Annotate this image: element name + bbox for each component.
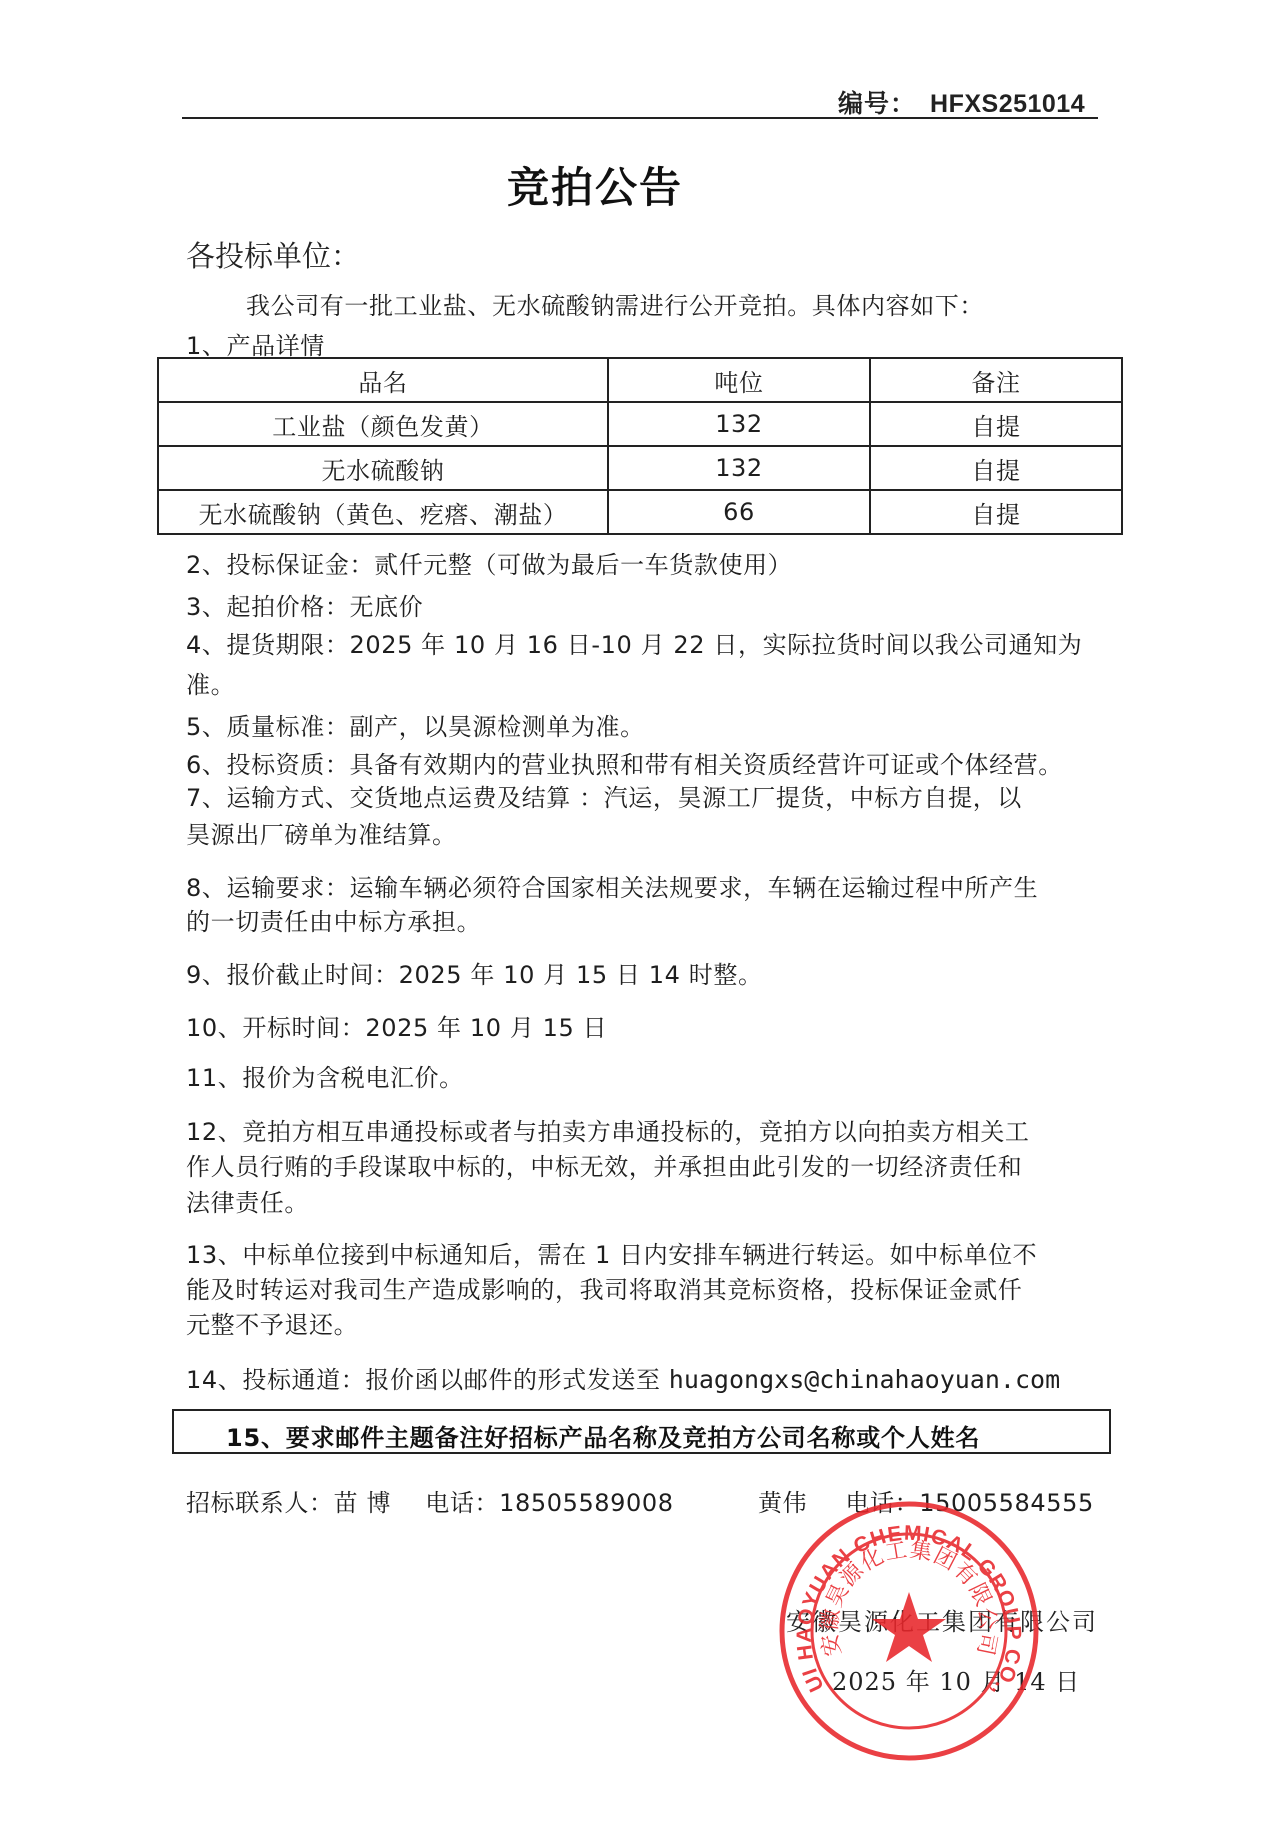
- email-subject-requirement-box: 15、要求邮件主题备注好招标产品名称及竞拍方公司名称或个人姓名: [172, 1409, 1111, 1454]
- document-number-value: HFXS251014: [930, 90, 1085, 118]
- contact-person-1: 招标联系人：苗 博 电话：18505589008: [186, 1483, 674, 1518]
- table-row: 无水硫酸钠（黄色、疙瘩、潮盐） 66 自提: [158, 490, 1122, 534]
- cell-tonnage: 132: [608, 402, 870, 446]
- section-product-details-title: 1、产品详情: [186, 326, 325, 361]
- cell-tonnage: 66: [608, 490, 870, 534]
- document-number-label: 编号：: [838, 89, 916, 118]
- cell-remark: 自提: [870, 446, 1122, 490]
- cell-product-name: 工业盐（颜色发黄）: [158, 402, 608, 446]
- contact-label: 招标联系人：: [186, 1489, 334, 1517]
- item-transfer-deadline-cont-2: 元整不予退还。: [186, 1305, 358, 1340]
- item-bidder-qualification: 6、投标资质：具备有效期内的营业执照和带有相关资质经营许可证或个体经营。: [186, 745, 1063, 780]
- item-pickup-period-cont: 准。: [186, 665, 235, 700]
- item-collusion-clause-cont-2: 法律责任。: [186, 1183, 309, 1218]
- page-title: 竞拍公告: [0, 155, 1190, 215]
- product-table: 品名 吨位 备注 工业盐（颜色发黄） 132 自提 无水硫酸钠 132 自提 无…: [157, 357, 1123, 535]
- item-transport-settlement-cont: 昊源出厂磅单为准结算。: [186, 815, 457, 850]
- email-subject-requirement: 15、要求邮件主题备注好招标产品名称及竞拍方公司名称或个人姓名: [226, 1418, 980, 1453]
- item-bid-opening-time: 10、开标时间：2025 年 10 月 15 日: [186, 1008, 607, 1043]
- column-header-remark: 备注: [870, 358, 1122, 402]
- table-row: 工业盐（颜色发黄） 132 自提: [158, 402, 1122, 446]
- column-header-name: 品名: [158, 358, 608, 402]
- item-transport-requirements-cont: 的一切责任由中标方承担。: [186, 902, 481, 937]
- item-price-terms: 11、报价为含税电汇价。: [186, 1058, 464, 1093]
- salutation: 各投标单位：: [186, 234, 360, 275]
- bid-channel-text: 14、投标通道：报价函以邮件的形式发送至: [186, 1366, 669, 1394]
- item-pickup-period: 4、提货期限：2025 年 10 月 16 日-10 月 22 日，实际拉货时间…: [186, 625, 1082, 660]
- bid-email-link[interactable]: huagongxs@chinahaoyuan.com: [669, 1365, 1060, 1394]
- column-header-tonnage: 吨位: [608, 358, 870, 402]
- item-collusion-clause-cont-1: 作人员行贿的手段谋取中标的，中标无效，并承担由此引发的一切经济责任和: [186, 1147, 1022, 1182]
- item-starting-price: 3、起拍价格：无底价: [186, 587, 423, 622]
- contact-name: 苗 博: [334, 1489, 391, 1517]
- item-transfer-deadline-cont-1: 能及时转运对我司生产造成影响的，我司将取消其竞标资格，投标保证金贰仟: [186, 1270, 1022, 1305]
- item-transport-requirements: 8、运输要求：运输车辆必须符合国家相关法规要求，车辆在运输过程中所产生: [186, 868, 1038, 903]
- cell-product-name: 无水硫酸钠: [158, 446, 608, 490]
- company-seal-icon: ANHUI HAOYUAN CHEMICAL GROUP CO.,LTD 安徽昊…: [778, 1500, 1040, 1762]
- cell-tonnage: 132: [608, 446, 870, 490]
- table-header-row: 品名 吨位 备注: [158, 358, 1122, 402]
- table-row: 无水硫酸钠 132 自提: [158, 446, 1122, 490]
- item-bid-channel: 14、投标通道：报价函以邮件的形式发送至 huagongxs@chinahaoy…: [186, 1360, 1060, 1395]
- item-transfer-deadline: 13、中标单位接到中标通知后，需在 1 日内安排车辆进行转运。如中标单位不: [186, 1235, 1037, 1270]
- item-quote-deadline: 9、报价截止时间：2025 年 10 月 15 日 14 时整。: [186, 955, 763, 990]
- cell-remark: 自提: [870, 402, 1122, 446]
- header-rule: [182, 117, 1098, 119]
- document-number: 编号：HFXS251014: [838, 84, 1085, 120]
- item-bid-deposit: 2、投标保证金：贰仟元整（可做为最后一车货款使用）: [186, 545, 792, 580]
- cell-product-name: 无水硫酸钠（黄色、疙瘩、潮盐）: [158, 490, 608, 534]
- cell-remark: 自提: [870, 490, 1122, 534]
- contact-phone: 18505589008: [499, 1489, 674, 1517]
- item-quality-standard: 5、质量标准：副产，以昊源检测单为准。: [186, 707, 645, 742]
- phone-label: 电话：: [425, 1489, 499, 1517]
- item-collusion-clause: 12、竞拍方相互串通投标或者与拍卖方串通投标的，竞拍方以向拍卖方相关工: [186, 1112, 1030, 1147]
- intro-paragraph: 我公司有一批工业盐、无水硫酸钠需进行公开竞拍。具体内容如下：: [246, 286, 984, 321]
- item-transport-settlement: 7、运输方式、交货地点运费及结算 ：汽运，昊源工厂提货，中标方自提，以: [186, 778, 1022, 813]
